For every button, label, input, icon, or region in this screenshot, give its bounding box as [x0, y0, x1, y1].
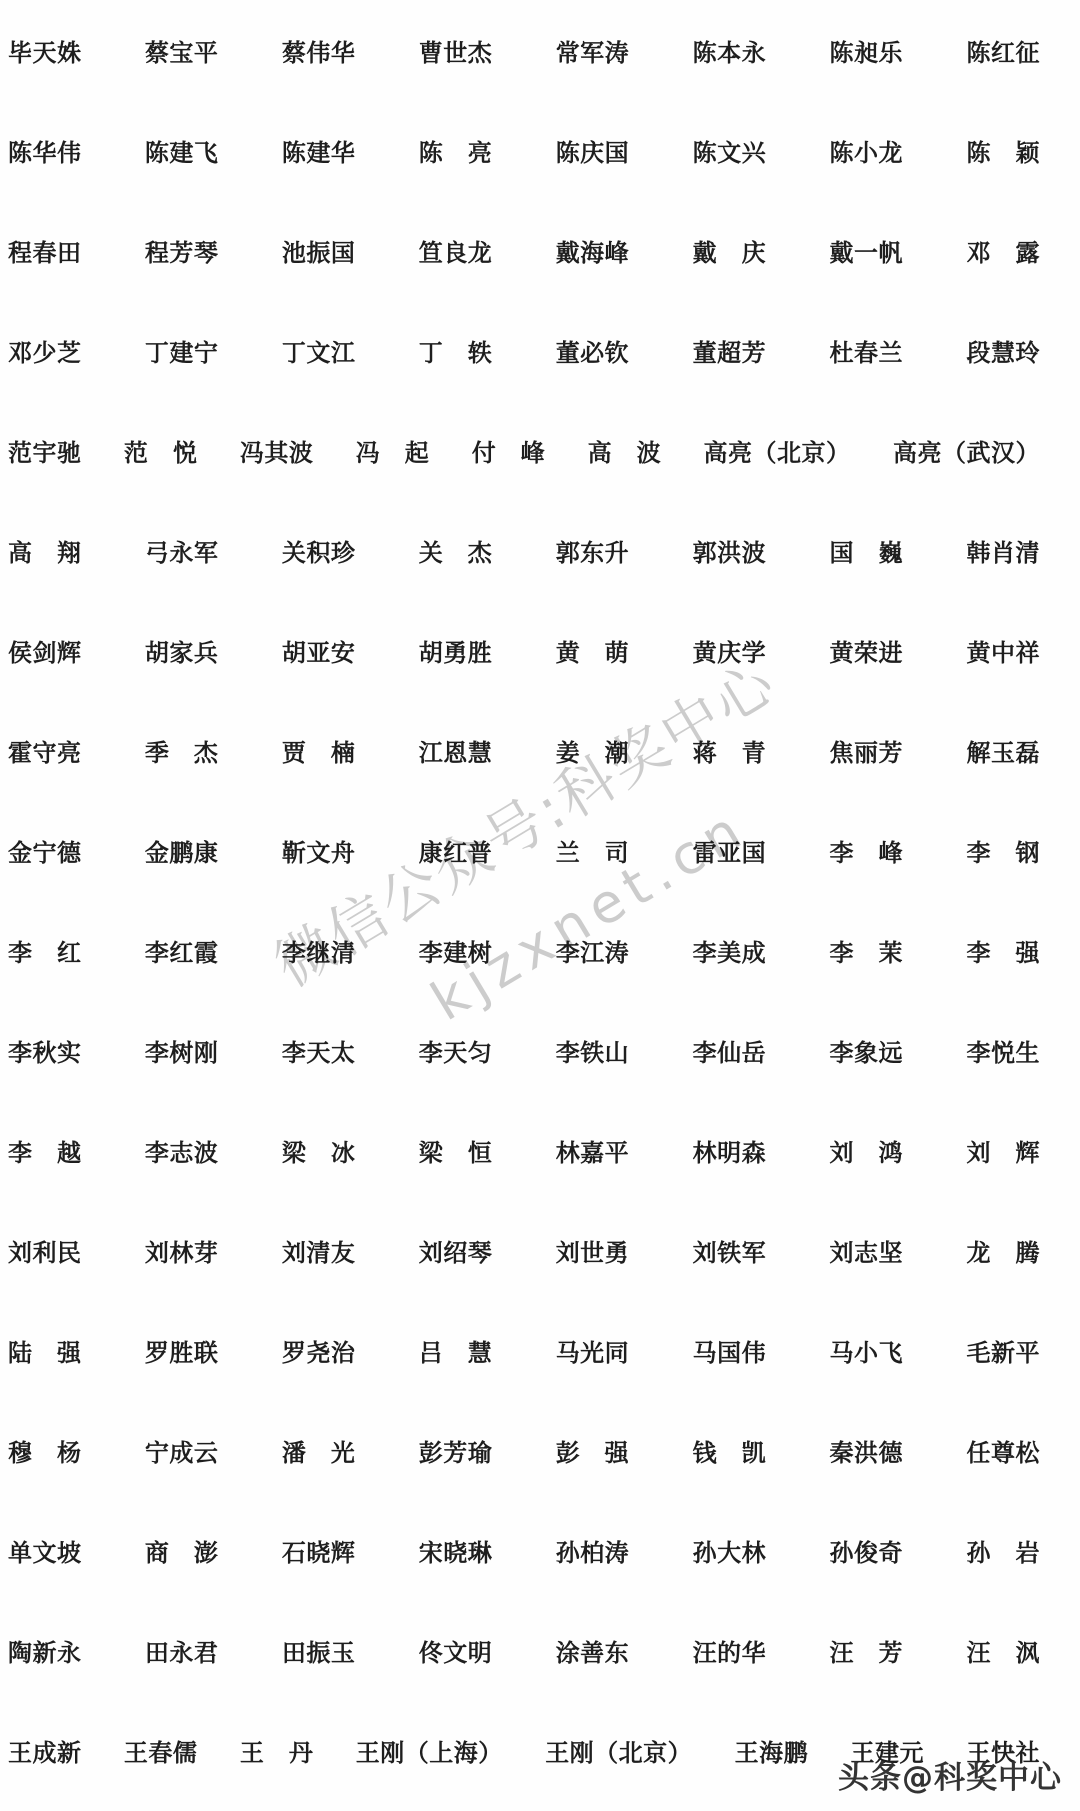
name-cell: 刘林芽 [145, 1233, 219, 1268]
name-row: 李 红李红霞李继清李建树李江涛李美成李 茉李 强 [0, 900, 1080, 1000]
name-cell: 解玉磊 [966, 733, 1040, 768]
name-cell: 黄中祥 [966, 633, 1040, 668]
name-cell: 李天匀 [419, 1033, 493, 1068]
name-cell: 王海鹏 [735, 1733, 809, 1768]
name-cell: 陈 颖 [966, 133, 1040, 168]
name-cell: 毕天姝 [8, 33, 82, 68]
name-cell: 关积珍 [282, 533, 356, 568]
name-cell: 李 钢 [966, 833, 1040, 868]
name-cell: 常军涛 [556, 33, 630, 68]
name-cell: 陈红征 [966, 33, 1040, 68]
name-cell: 陈小龙 [830, 133, 904, 168]
name-cell: 陈建华 [282, 133, 356, 168]
name-cell: 陈建飞 [145, 133, 219, 168]
name-cell: 李江涛 [556, 933, 630, 968]
name-cell: 范宇驰 [8, 433, 82, 468]
name-cell: 郭洪波 [693, 533, 767, 568]
name-cell: 戴海峰 [556, 233, 630, 268]
name-cell: 刘铁军 [693, 1233, 767, 1268]
name-cell: 冯 起 [356, 433, 430, 468]
name-cell: 李 峰 [830, 833, 904, 868]
name-cell: 穆 杨 [8, 1433, 82, 1468]
name-cell: 田振玉 [282, 1633, 356, 1668]
name-cell: 刘志坚 [830, 1233, 904, 1268]
name-cell: 刘世勇 [556, 1233, 630, 1268]
name-cell: 罗胜联 [145, 1333, 219, 1368]
name-cell: 丁建宁 [145, 333, 219, 368]
name-cell: 孙 岩 [966, 1533, 1040, 1568]
name-cell: 龙 腾 [966, 1233, 1040, 1268]
name-cell: 戴一帆 [830, 233, 904, 268]
name-cell: 李继清 [282, 933, 356, 968]
name-cell: 宁成云 [145, 1433, 219, 1468]
footer-credit: 头条@科奖中心 [838, 1752, 1062, 1797]
name-cell: 高 翔 [8, 533, 82, 568]
name-row: 侯剑辉胡家兵胡亚安胡勇胜黄 萌黄庆学黄荣进黄中祥 [0, 600, 1080, 700]
name-cell: 胡亚安 [282, 633, 356, 668]
name-cell: 马光同 [556, 1333, 630, 1368]
name-cell: 陈本永 [693, 33, 767, 68]
name-cell: 高亮（武汉） [893, 433, 1040, 468]
name-row: 刘利民刘林芽刘清友刘绍琴刘世勇刘铁军刘志坚龙 腾 [0, 1200, 1080, 1300]
name-cell: 李 红 [8, 933, 82, 968]
name-row: 范宇驰范 悦冯其波冯 起付 峰高 波高亮（北京）高亮（武汉） [0, 400, 1080, 500]
name-cell: 田永君 [145, 1633, 219, 1668]
name-cell: 冯其波 [240, 433, 314, 468]
name-cell: 李 茉 [830, 933, 904, 968]
name-cell: 孙大林 [693, 1533, 767, 1568]
name-cell: 梁 恒 [419, 1133, 493, 1168]
name-cell: 林嘉平 [556, 1133, 630, 1168]
name-cell: 罗尧治 [282, 1333, 356, 1368]
name-cell: 汪 沨 [966, 1633, 1040, 1668]
name-cell: 彭 强 [556, 1433, 630, 1468]
name-cell: 李象远 [830, 1033, 904, 1068]
name-cell: 刘清友 [282, 1233, 356, 1268]
name-row: 毕天姝蔡宝平蔡伟华曹世杰常军涛陈本永陈昶乐陈红征 [0, 0, 1080, 100]
name-cell: 陈 亮 [419, 133, 493, 168]
name-cell: 丁 轶 [419, 333, 493, 368]
name-cell: 黄荣进 [830, 633, 904, 668]
name-cell: 李美成 [693, 933, 767, 968]
name-cell: 程芳琴 [145, 233, 219, 268]
name-cell: 王刚（上海） [356, 1733, 503, 1768]
name-cell: 弓永军 [145, 533, 219, 568]
name-grid: 毕天姝蔡宝平蔡伟华曹世杰常军涛陈本永陈昶乐陈红征陈华伟陈建飞陈建华陈 亮陈庆国陈… [0, 0, 1080, 1800]
name-cell: 黄庆学 [693, 633, 767, 668]
name-cell: 王 丹 [240, 1733, 314, 1768]
name-cell: 王刚（北京） [545, 1733, 692, 1768]
name-cell: 兰 司 [556, 833, 630, 868]
name-cell: 马小飞 [830, 1333, 904, 1368]
name-cell: 石晓辉 [282, 1533, 356, 1568]
name-cell: 高 波 [588, 433, 662, 468]
name-cell: 姜 潮 [556, 733, 630, 768]
name-cell: 范 悦 [124, 433, 198, 468]
name-cell: 李悦生 [966, 1033, 1040, 1068]
name-row: 金宁德金鹏康靳文舟康红普兰 司雷亚国李 峰李 钢 [0, 800, 1080, 900]
name-cell: 王春儒 [124, 1733, 198, 1768]
name-row: 邓少芝丁建宁丁文江丁 轶董必钦董超芳杜春兰段慧玲 [0, 300, 1080, 400]
name-cell: 关 杰 [419, 533, 493, 568]
name-cell: 焦丽芳 [830, 733, 904, 768]
name-cell: 笪良龙 [419, 233, 493, 268]
name-cell: 李秋实 [8, 1033, 82, 1068]
name-cell: 林明森 [693, 1133, 767, 1168]
name-cell: 李 越 [8, 1133, 82, 1168]
name-cell: 马国伟 [693, 1333, 767, 1368]
name-cell: 陶新永 [8, 1633, 82, 1668]
name-cell: 郭东升 [556, 533, 630, 568]
name-cell: 康红普 [419, 833, 493, 868]
name-cell: 商 澎 [145, 1533, 219, 1568]
name-cell: 秦洪德 [830, 1433, 904, 1468]
name-cell: 钱 凯 [693, 1433, 767, 1468]
name-cell: 程春田 [8, 233, 82, 268]
name-cell: 宋晓琳 [419, 1533, 493, 1568]
name-cell: 汪 芳 [830, 1633, 904, 1668]
name-cell: 毛新平 [966, 1333, 1040, 1368]
name-cell: 金鹏康 [145, 833, 219, 868]
name-cell: 蒋 青 [693, 733, 767, 768]
name-cell: 国 巍 [830, 533, 904, 568]
name-cell: 靳文舟 [282, 833, 356, 868]
name-cell: 戴 庆 [693, 233, 767, 268]
name-cell: 胡家兵 [145, 633, 219, 668]
name-row: 陶新永田永君田振玉佟文明涂善东汪的华汪 芳汪 沨 [0, 1600, 1080, 1700]
name-cell: 陈华伟 [8, 133, 82, 168]
name-cell: 孙俊奇 [830, 1533, 904, 1568]
name-cell: 陈庆国 [556, 133, 630, 168]
name-cell: 李红霞 [145, 933, 219, 968]
name-cell: 陈文兴 [693, 133, 767, 168]
name-cell: 金宁德 [8, 833, 82, 868]
name-row: 李秋实李树刚李天太李天匀李铁山李仙岳李象远李悦生 [0, 1000, 1080, 1100]
name-cell: 胡勇胜 [419, 633, 493, 668]
name-cell: 丁文江 [282, 333, 356, 368]
name-cell: 邓少芝 [8, 333, 82, 368]
name-cell: 佟文明 [419, 1633, 493, 1668]
name-cell: 付 峰 [472, 433, 546, 468]
name-cell: 刘 鸿 [830, 1133, 904, 1168]
name-cell: 李天太 [282, 1033, 356, 1068]
name-cell: 段慧玲 [966, 333, 1040, 368]
name-row: 穆 杨宁成云潘 光彭芳瑜彭 强钱 凯秦洪德任尊松 [0, 1400, 1080, 1500]
name-cell: 陈昶乐 [830, 33, 904, 68]
name-cell: 邓 露 [966, 233, 1040, 268]
name-cell: 刘绍琴 [419, 1233, 493, 1268]
name-cell: 李树刚 [145, 1033, 219, 1068]
name-row: 霍守亮季 杰贾 楠江恩慧姜 潮蒋 青焦丽芳解玉磊 [0, 700, 1080, 800]
name-cell: 蔡伟华 [282, 33, 356, 68]
name-cell: 刘 辉 [966, 1133, 1040, 1168]
name-cell: 黄 萌 [556, 633, 630, 668]
name-cell: 彭芳瑜 [419, 1433, 493, 1468]
name-cell: 李铁山 [556, 1033, 630, 1068]
name-cell: 高亮（北京） [704, 433, 851, 468]
name-cell: 李 强 [966, 933, 1040, 968]
name-cell: 侯剑辉 [8, 633, 82, 668]
name-cell: 任尊松 [966, 1433, 1040, 1468]
name-cell: 李建树 [419, 933, 493, 968]
name-cell: 江恩慧 [419, 733, 493, 768]
name-row: 单文坡商 澎石晓辉宋晓琳孙柏涛孙大林孙俊奇孙 岩 [0, 1500, 1080, 1600]
name-cell: 蔡宝平 [145, 33, 219, 68]
name-cell: 杜春兰 [830, 333, 904, 368]
name-cell: 霍守亮 [8, 733, 82, 768]
name-cell: 潘 光 [282, 1433, 356, 1468]
name-cell: 韩肖清 [966, 533, 1040, 568]
name-cell: 贾 楠 [282, 733, 356, 768]
name-row: 高 翔弓永军关积珍关 杰郭东升郭洪波国 巍韩肖清 [0, 500, 1080, 600]
name-cell: 李仙岳 [693, 1033, 767, 1068]
name-cell: 涂善东 [556, 1633, 630, 1668]
name-cell: 李志波 [145, 1133, 219, 1168]
name-cell: 单文坡 [8, 1533, 82, 1568]
name-cell: 池振国 [282, 233, 356, 268]
name-cell: 吕 慧 [419, 1333, 493, 1368]
name-cell: 雷亚国 [693, 833, 767, 868]
name-list-page: 微信公众号:科奖中心 kjzxnet.cn 毕天姝蔡宝平蔡伟华曹世杰常军涛陈本永… [0, 0, 1080, 1811]
name-row: 程春田程芳琴池振国笪良龙戴海峰戴 庆戴一帆邓 露 [0, 200, 1080, 300]
name-cell: 孙柏涛 [556, 1533, 630, 1568]
name-row: 陆 强罗胜联罗尧治吕 慧马光同马国伟马小飞毛新平 [0, 1300, 1080, 1400]
name-row: 李 越李志波梁 冰梁 恒林嘉平林明森刘 鸿刘 辉 [0, 1100, 1080, 1200]
name-cell: 季 杰 [145, 733, 219, 768]
name-cell: 陆 强 [8, 1333, 82, 1368]
name-cell: 董必钦 [556, 333, 630, 368]
name-cell: 梁 冰 [282, 1133, 356, 1168]
name-row: 陈华伟陈建飞陈建华陈 亮陈庆国陈文兴陈小龙陈 颖 [0, 100, 1080, 200]
name-cell: 董超芳 [693, 333, 767, 368]
name-cell: 汪的华 [693, 1633, 767, 1668]
name-cell: 曹世杰 [419, 33, 493, 68]
name-cell: 刘利民 [8, 1233, 82, 1268]
name-cell: 王成新 [8, 1733, 82, 1768]
